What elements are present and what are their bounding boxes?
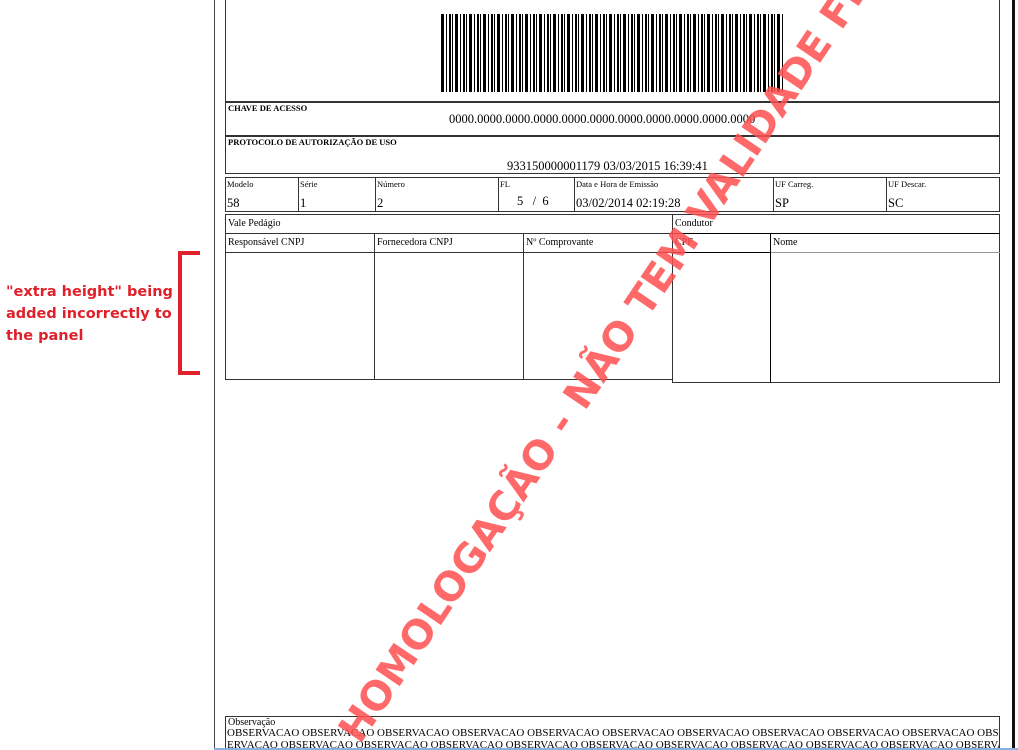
condutor-col-nome: Nome xyxy=(773,237,797,248)
protocolo-value: 933150000001179 03/03/2015 16:39:41 xyxy=(507,159,708,174)
divider xyxy=(770,233,771,383)
uf-descar-value: SC xyxy=(888,196,903,211)
vale-pedagio-title: Vale Pedágio xyxy=(228,218,281,229)
chave-value: 0000.0000.0000.0000.0000.0000.0000.0000.… xyxy=(449,112,755,127)
divider xyxy=(886,177,887,212)
annotation-bracket xyxy=(178,251,200,375)
numero-label: Número xyxy=(377,179,405,189)
divider xyxy=(225,233,674,234)
divider xyxy=(672,252,772,253)
observacao-line-1: OBSERVACAO OBSERVACAO OBSERVACAO OBSERVA… xyxy=(227,727,999,739)
condutor-col-cpf: CPF xyxy=(675,237,693,248)
protocolo-label: PROTOCOLO DE AUTORIZAÇÃO DE USO xyxy=(228,137,397,147)
observacao-text: OBSERVACAO OBSERVACAO OBSERVACAO OBSERVA… xyxy=(227,727,999,750)
vale-col-fornecedora: Fornecedora CNPJ xyxy=(377,237,453,248)
emissao-label: Data e Hora de Emissão xyxy=(576,179,658,189)
serie-label: Série xyxy=(300,179,317,189)
chave-label: CHAVE DE ACESSO xyxy=(228,103,307,113)
divider xyxy=(374,233,375,380)
modelo-value: 58 xyxy=(227,196,240,211)
condutor-title: Condutor xyxy=(675,218,713,229)
divider xyxy=(298,177,299,212)
divider xyxy=(773,177,774,212)
uf-descar-label: UF Descar. xyxy=(888,179,926,189)
uf-carreg-value: SP xyxy=(775,196,789,211)
page-border-left xyxy=(214,0,215,750)
divider xyxy=(225,252,674,253)
serie-value: 1 xyxy=(300,196,306,211)
page-border-right xyxy=(1012,0,1015,750)
fl-label: FL xyxy=(500,179,510,189)
divider xyxy=(672,233,1000,234)
numero-value: 2 xyxy=(377,196,383,211)
controle-fisco-label: CONTROLE DO FISCO xyxy=(555,0,652,1)
modelo-label: Modelo xyxy=(227,179,253,189)
emissao-value: 03/02/2014 02:19:28 xyxy=(576,196,681,211)
fl-value: 5 / 6 xyxy=(517,194,549,209)
divider xyxy=(498,177,499,212)
uf-carreg-label: UF Carreg. xyxy=(775,179,813,189)
divider xyxy=(574,177,575,212)
vale-col-comprovante: Nº Comprovante xyxy=(526,237,593,248)
divider xyxy=(375,177,376,212)
divider xyxy=(523,233,524,380)
vale-col-responsavel: Responsável CNPJ xyxy=(228,237,304,248)
condutor-panel xyxy=(672,214,1000,383)
barcode xyxy=(441,14,783,92)
divider xyxy=(770,252,1000,253)
annotation-text: "extra height" being added incorrectly t… xyxy=(6,281,176,347)
